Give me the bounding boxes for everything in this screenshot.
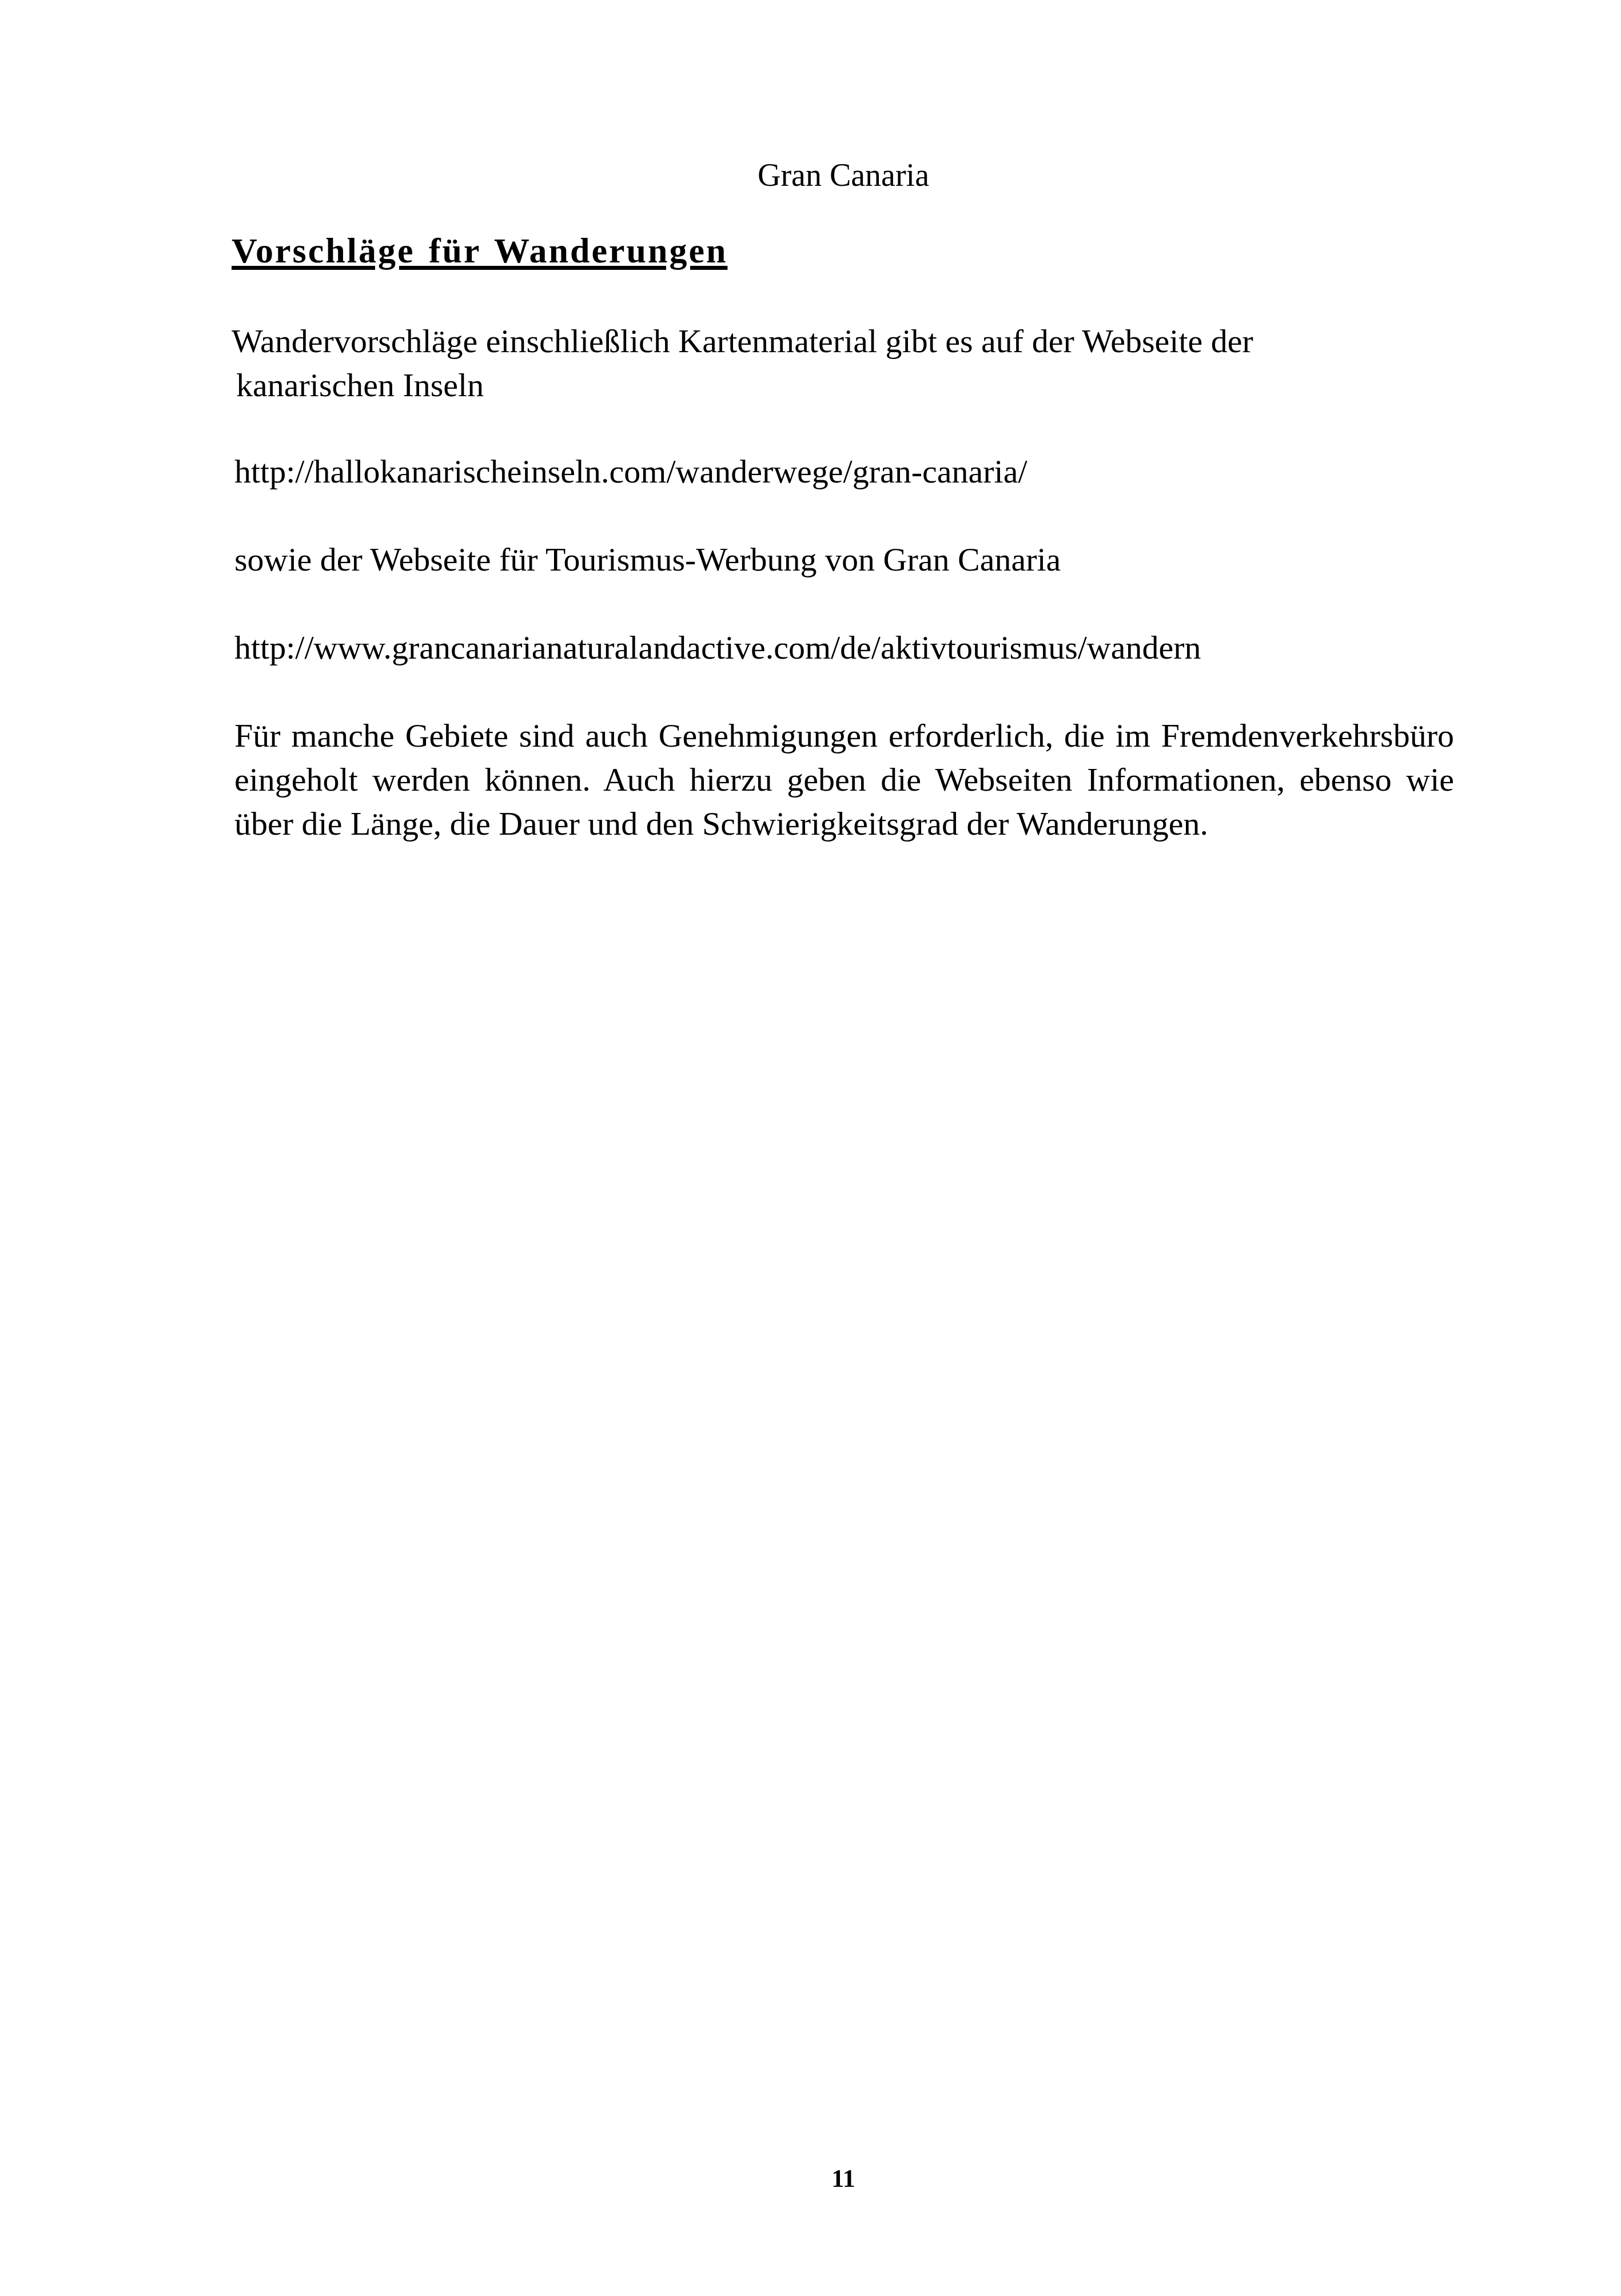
- intro-line-2: kanarischen Inseln: [232, 363, 1461, 407]
- intro-line-1: Wandervorschläge einschließlich Kartenma…: [232, 319, 1461, 363]
- hallokanarischeinseln-link[interactable]: http://hallokanarischeinseln.com/wanderw…: [234, 449, 1454, 493]
- permits-paragraph: Für manche Gebiete sind auch Genehmigung…: [234, 713, 1454, 846]
- grancanaria-natural-active-link[interactable]: http://www.grancanarianaturalandactive.c…: [234, 625, 1454, 669]
- tourism-website-text: sowie der Webseite für Tourismus-Werbung…: [234, 537, 1454, 581]
- page-header-title: Gran Canaria: [0, 156, 1621, 196]
- intro-paragraph: Wandervorschläge einschließlich Kartenma…: [232, 319, 1461, 407]
- section-heading: Vorschläge für Wanderungen: [232, 229, 727, 273]
- page-number: 11: [0, 2165, 1621, 2193]
